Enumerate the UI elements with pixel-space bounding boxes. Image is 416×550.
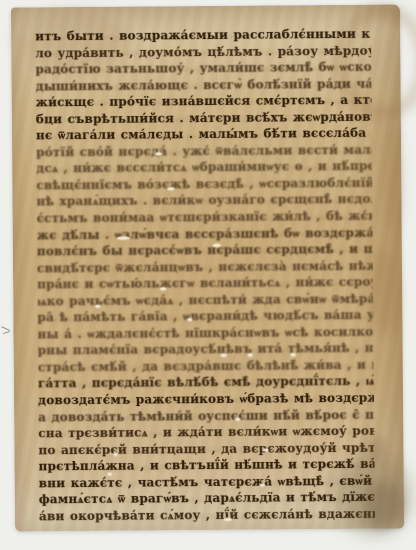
text-block: итъ быти . воздража́ємыи расслаблє́нными… [35, 26, 375, 527]
manuscript-leaf: итъ быти . воздража́ємыи расслаблє́нными… [11, 4, 404, 531]
margin-mark-icon [1, 326, 12, 335]
stain-right-upper [378, 122, 403, 234]
scan-background: итъ быти . воздража́ємыи расслаблє́нными… [0, 0, 416, 550]
text-line: а́ви окорчѣва́ти сѧ́моу , нї́й сєжєла́нѣ… [39, 506, 375, 525]
